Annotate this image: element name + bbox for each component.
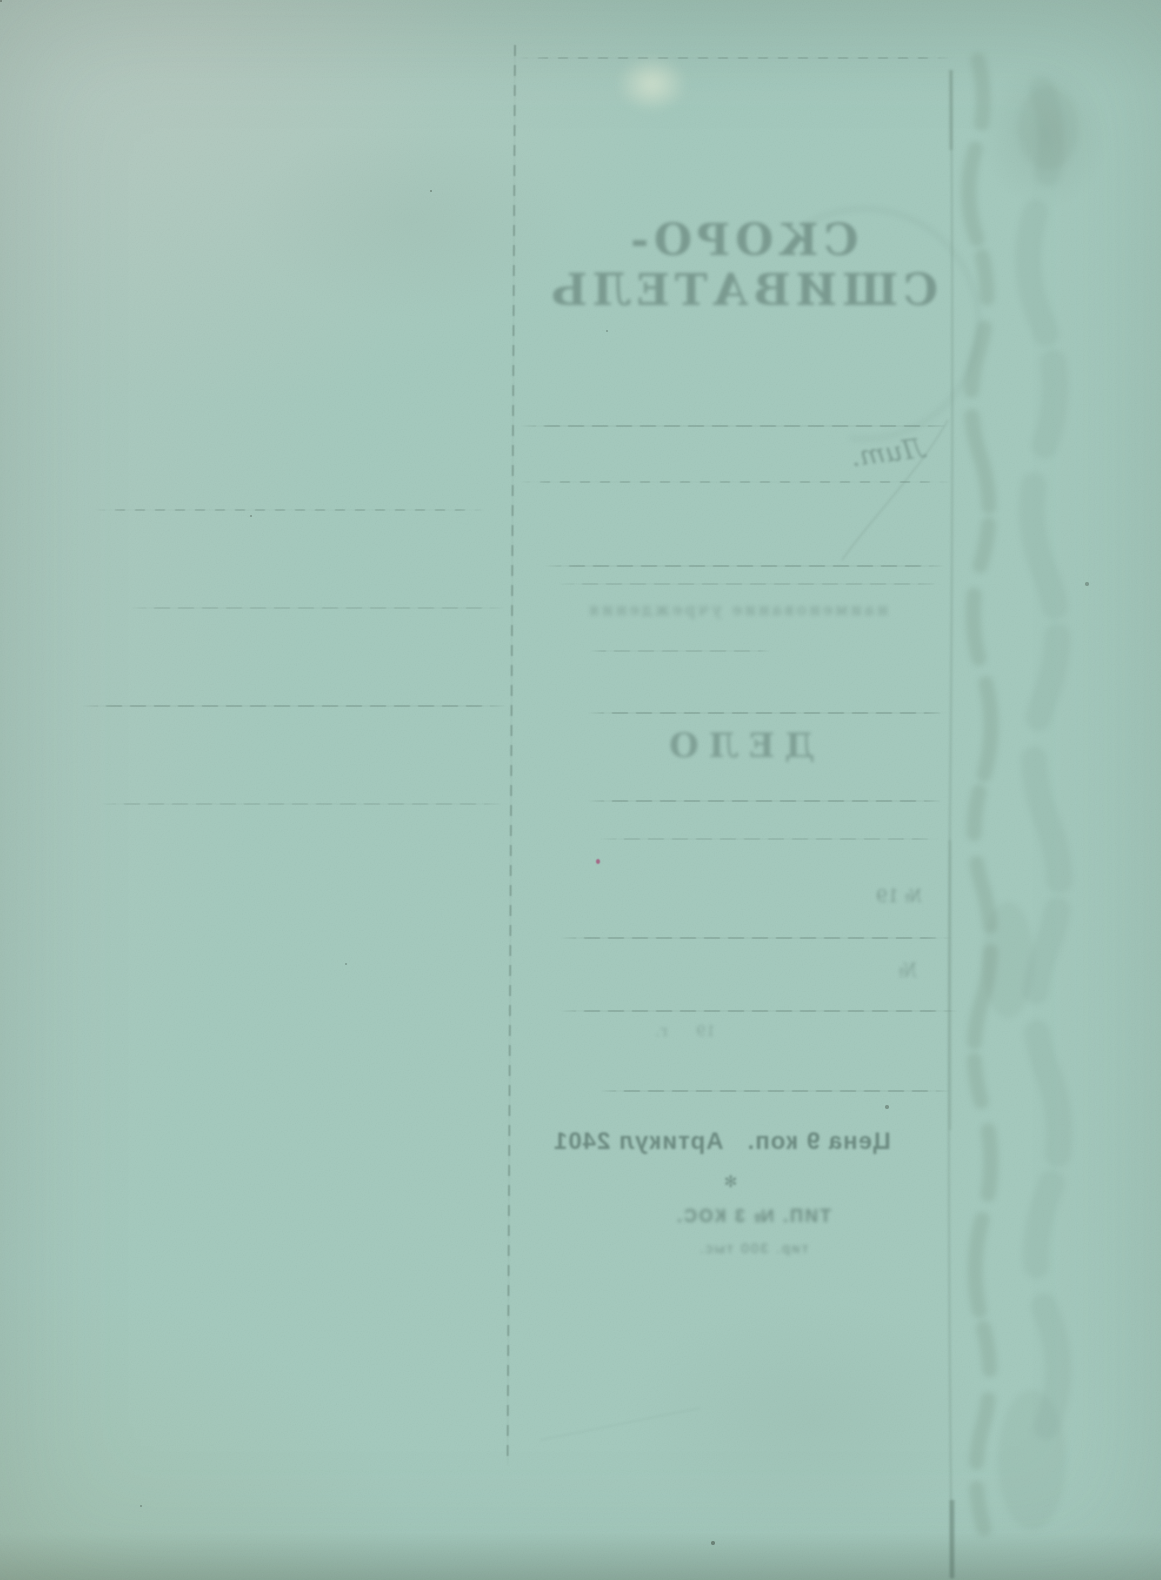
ruled-line-showthrough: [520, 481, 950, 483]
showthrough-star: ✻: [724, 1172, 737, 1191]
center-fold-dashed-line: [507, 45, 516, 1465]
paper-stain: [620, 1300, 1000, 1540]
ruled-line-showthrough: [600, 838, 940, 840]
ruled-line-showthrough: [100, 803, 505, 805]
folder-back-cover: СКОРО- СШИВАТЕЛЬ Лит. наименование учреж…: [0, 0, 1161, 1580]
ink-speck-magenta: [596, 859, 600, 864]
ruled-line-showthrough: [130, 607, 505, 609]
ruled-line-showthrough: [545, 565, 945, 567]
ruled-line-showthrough: [590, 650, 770, 652]
ruled-line-showthrough: [558, 583, 943, 585]
showthrough-year-line: 19 г.: [655, 1022, 715, 1040]
showthrough-lit-label: Лит.: [843, 433, 926, 474]
showthrough-field-no: №: [898, 958, 917, 982]
showthrough-org-line: наименование учреждения: [572, 600, 902, 619]
ruled-line-showthrough: [560, 1010, 958, 1012]
paper-stain: [980, 60, 1110, 210]
ruled-line-showthrough: [560, 937, 952, 939]
showthrough-field-no-19: № 19: [876, 886, 922, 907]
ruled-line-showthrough: [588, 800, 943, 802]
ruled-line-showthrough: [518, 57, 952, 59]
scratch-line: [540, 1408, 700, 1440]
ruled-line-showthrough: [520, 425, 950, 427]
ruled-line-showthrough: [82, 705, 507, 707]
showthrough-delo-label: ДЕЛО: [637, 726, 837, 766]
showthrough-imprint-line1: ТИП. № 3 КОС.: [648, 1206, 858, 1227]
showthrough-imprint-line2: тир. 300 тыс.: [648, 1240, 858, 1256]
ruled-line-showthrough: [600, 1090, 950, 1092]
showthrough-price-line: Цена 9 коп. Артикул 2401: [553, 1128, 891, 1156]
paper-specks: [0, 0, 2, 2]
ruled-line-showthrough: [588, 712, 948, 714]
paper-stain: [250, 120, 570, 320]
showthrough-title-line2: СШИВАТЕЛЬ: [542, 266, 942, 316]
glue-spot-light: [616, 56, 688, 112]
showthrough-title-line1: СКОРО-: [542, 216, 942, 266]
ruled-line-showthrough: [95, 509, 485, 511]
